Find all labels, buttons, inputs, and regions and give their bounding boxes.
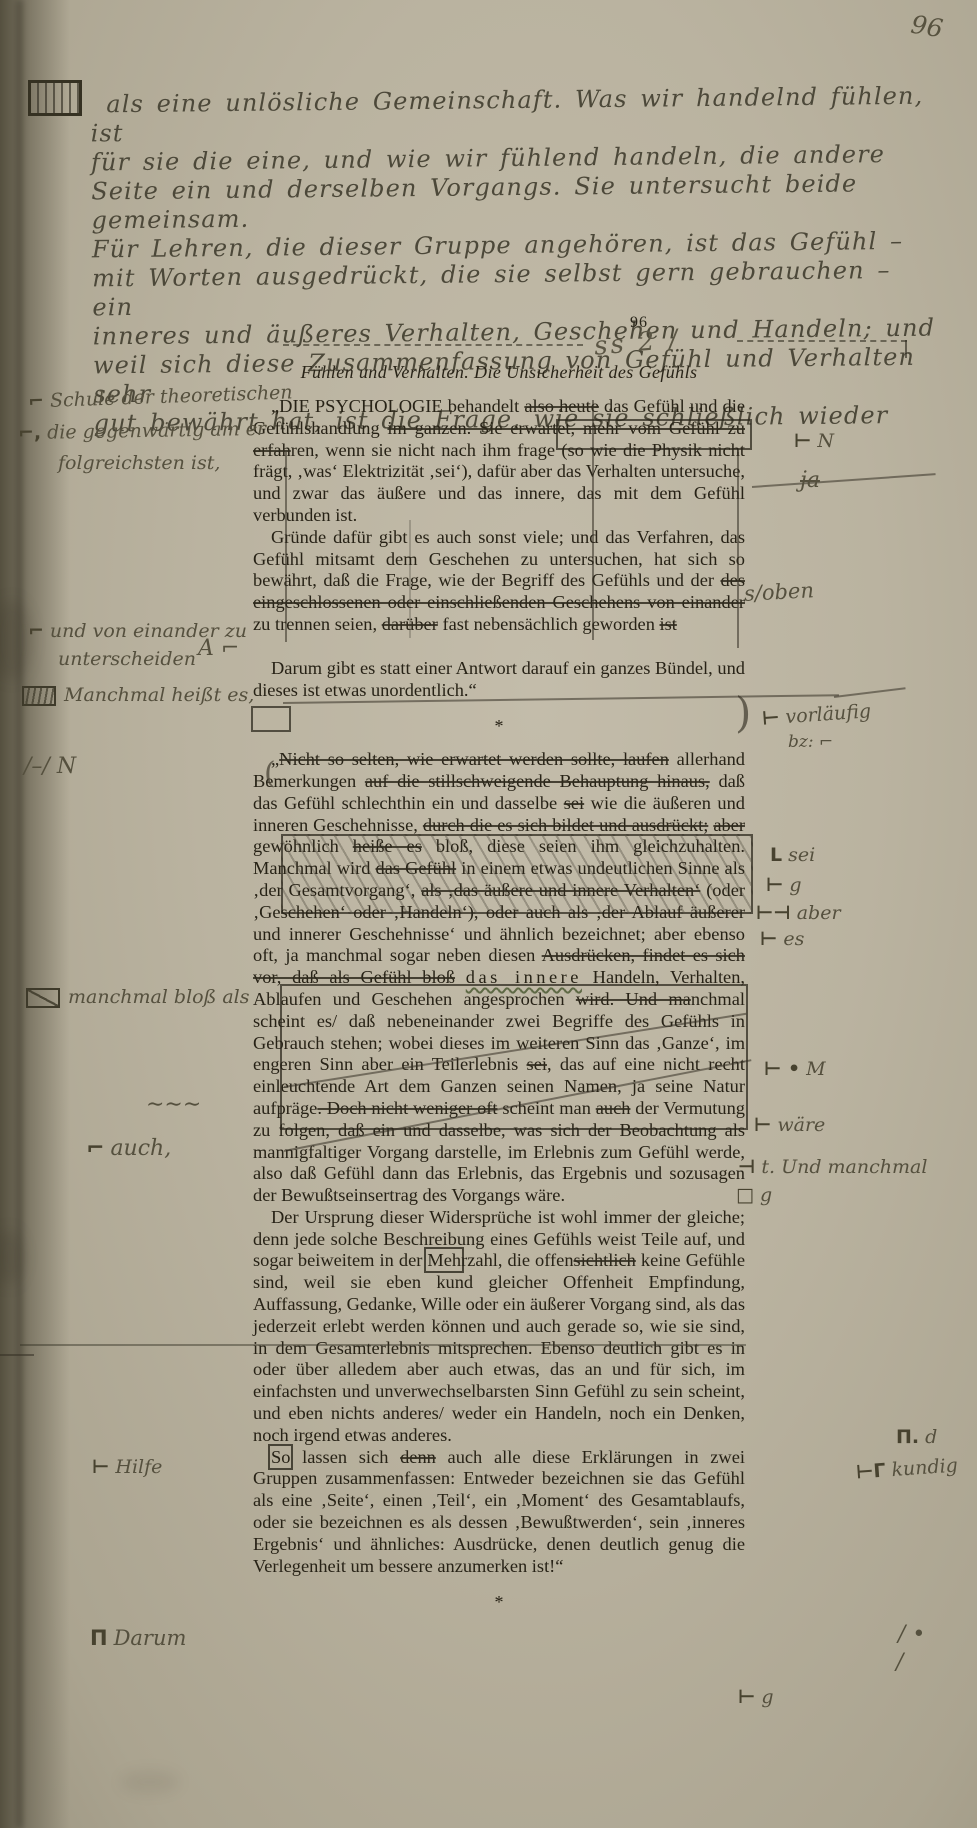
closing-paren-mark: ) — [735, 688, 751, 737]
note-text: ja — [800, 468, 820, 493]
margin-note-left: ΠDarum — [90, 1626, 186, 1650]
margin-note-right: ⊣t. Und manchmal — [738, 1156, 927, 1178]
edit-vertical-line — [737, 452, 739, 648]
note-text: g — [760, 1184, 772, 1206]
margin-note-right: / — [896, 1650, 903, 1675]
note-text: M — [806, 1058, 825, 1080]
margin-note-right: ⊢g — [766, 874, 802, 896]
edited-text: auf die stillschweigende Behauptung hina… — [365, 771, 710, 791]
margin-note-right: s/oben — [743, 578, 814, 606]
margin-note-left: ⌐auch, — [86, 1136, 171, 1161]
edit-mark: Π. — [896, 1426, 919, 1448]
paragraph-6: So lassen sich denn auch alle diese Erkl… — [253, 1447, 745, 1578]
handwritten-line: als eine unlösliche Gemeinschaft. Was wi… — [90, 82, 937, 149]
margin-note-left: Manchmal heißt es, — [22, 684, 254, 706]
margin-note-right: ⊢g — [738, 1686, 774, 1708]
margin-note-left: ⌐,die gegenwärtig am er — [18, 418, 266, 444]
separator-asterisk: * — [253, 1592, 745, 1614]
edited-text: sichtlich — [574, 1250, 636, 1270]
chapter-title: Fühlen und Verhalten. Die Unsicherheit d… — [253, 362, 745, 383]
handwritten-line: Seite ein und derselben Vorgangs. Sie un… — [91, 169, 938, 236]
edit-horizontal-line — [752, 473, 936, 488]
edit-vertical-line — [285, 452, 287, 642]
note-text: Darum — [114, 1626, 187, 1650]
edit-mark: ⊢ — [760, 928, 777, 950]
note-text: kundig — [891, 1454, 959, 1481]
edit-box — [280, 984, 748, 1130]
handwritten-page-number: 96 — [909, 10, 945, 44]
edited-text: So — [271, 1447, 290, 1467]
note-text: sei — [788, 844, 815, 866]
edit-mark: ⌐ — [28, 620, 44, 642]
margin-note-left: unterscheiden — [58, 648, 196, 670]
paragraph-4: „Nicht so selten, wie erwartet werden so… — [253, 749, 745, 1207]
note-text: Manchmal heißt es, — [64, 684, 254, 706]
edit-mark: ⌐ — [28, 390, 45, 413]
margin-note-left: folgreichsten ist, — [58, 452, 220, 474]
note-text: unterscheiden — [58, 648, 196, 670]
note-text: die gegenwärtig am er — [47, 418, 266, 444]
margin-note-right: ⊢ •M — [764, 1058, 826, 1080]
margin-note-right: Π.d — [896, 1426, 937, 1448]
margin-note-right: ⊢es — [760, 928, 804, 950]
note-text: d — [925, 1426, 937, 1448]
note-text: / • — [898, 1622, 925, 1647]
opening-paren-mark: ( — [264, 756, 276, 791]
edit-horizontal-line — [0, 1354, 34, 1356]
margin-note-right: ⊢Γkundig — [855, 1454, 958, 1483]
margin-note-right: ja — [800, 468, 820, 493]
edit-mark: □ — [736, 1184, 754, 1206]
margin-note-left: A ⌐ — [198, 636, 239, 661]
note-text: g — [789, 874, 801, 896]
text-run: Darum gibt es statt einer Antwort darauf… — [253, 658, 745, 700]
text-run: lassen sich — [290, 1447, 400, 1467]
page-crease — [16, 0, 23, 1828]
paper-smudge — [120, 1770, 180, 1794]
edit-mark: ⊢ — [738, 1686, 755, 1708]
note-text: es — [783, 928, 804, 950]
edit-mark: ⌐, — [18, 422, 42, 444]
edit-mark: ⊢ • — [764, 1058, 800, 1080]
note-text: N — [817, 430, 834, 452]
note-text: t. Und manchmal — [761, 1156, 927, 1178]
note-text: s/oben — [743, 578, 814, 606]
edited-text: ist — [659, 614, 676, 634]
edit-vertical-line — [409, 520, 411, 638]
edit-box — [556, 419, 752, 450]
paragraph-2: Darum gibt es statt einer Antwort darauf… — [253, 658, 745, 702]
edit-mark: Π — [90, 1626, 108, 1650]
edit-mark: ⌐ — [86, 1136, 104, 1161]
note-text: g — [761, 1686, 773, 1708]
text-run: ren, wenn sie nicht nach ihm frage (so w… — [253, 440, 745, 525]
note-text: manchmal bloß als — [68, 986, 249, 1008]
margin-note-right: Lsei — [770, 844, 815, 866]
edit-mark: ⊢⊣ — [756, 902, 791, 924]
text-run: „DIE PSYCHOLOGIE behandelt — [271, 396, 524, 416]
edited-text: sei — [564, 793, 584, 813]
edit-mark: ⊢ — [766, 874, 783, 896]
margin-note-right: bz: ⌐ — [788, 732, 833, 752]
note-text: aber — [797, 902, 841, 924]
scanned-manuscript-page: 96 als eine unlösliche Gemeinschaft. Was… — [0, 0, 977, 1828]
hatched-stamp-icon — [28, 80, 82, 116]
dashed-rule-right — [737, 340, 907, 342]
edited-text: durch die es sich bildet und ausdrückt; — [423, 815, 708, 835]
margin-note-right: / • — [898, 1622, 925, 1647]
note-text: wäre — [777, 1114, 825, 1136]
separator-asterisk: * — [253, 716, 745, 738]
margin-note-left: /–/ N — [24, 754, 76, 779]
margin-note-right: ⊢wäre — [754, 1114, 825, 1136]
text-run: Gründe dafür gibt es auch sonst viele; u… — [253, 527, 745, 591]
edit-horizontal-line — [834, 687, 906, 698]
note-text: vorläufig — [785, 700, 872, 728]
rule-hook — [905, 340, 907, 358]
edit-mark: ⊢ — [794, 430, 811, 452]
text-run: fast nebensächlich geworden — [438, 614, 660, 634]
fold-line — [20, 1344, 746, 1346]
note-text: Hilfe — [115, 1456, 162, 1478]
margin-note-right: ⊢vorläufig — [761, 700, 871, 730]
edited-text: Meh — [427, 1250, 461, 1270]
note-text: folgreichsten ist, — [58, 452, 220, 474]
hatched-box-icon — [22, 686, 56, 706]
slashed-box-icon — [26, 988, 60, 1008]
margin-note-right: □g — [736, 1184, 772, 1206]
handwritten-line: mit Worten ausgedrückt, die sie selbst g… — [92, 256, 939, 323]
edit-mark: ⊢ — [92, 1456, 109, 1478]
margin-note-left: ⊢Hilfe — [92, 1456, 162, 1478]
edit-box — [251, 706, 291, 732]
edit-mark: ⊣ — [738, 1156, 755, 1178]
paragraph-5: Der Ursprung dieser Widersprüche ist woh… — [253, 1207, 745, 1447]
text-run: rzahl, die offen — [461, 1250, 573, 1270]
note-text: A ⌐ — [198, 636, 239, 661]
margin-note-left: ∼∼∼ — [146, 1092, 201, 1117]
dashed-rule-left — [283, 344, 583, 346]
text-run: zu trennen seien, — [253, 614, 382, 634]
edit-mark: L — [770, 844, 782, 866]
text-run: keine Gefühle sind, weil sie eben kund g… — [253, 1250, 745, 1444]
paragraph-0: „DIE PSYCHOLOGIE behandelt also heute da… — [253, 396, 745, 527]
note-text: auch, — [110, 1136, 171, 1161]
edit-mark: ⊢ — [761, 707, 780, 730]
note-text: /–/ N — [24, 754, 76, 779]
edited-text: also heute — [524, 396, 599, 416]
edit-box-hatched — [281, 834, 753, 914]
edit-mark: ⊢ — [754, 1114, 771, 1136]
paragraph-1: Gründe dafür gibt es auch sonst viele; u… — [253, 527, 745, 636]
margin-note-right: ⊢N — [794, 430, 834, 452]
edited-text: aber — [713, 815, 745, 835]
note-text: / — [896, 1650, 903, 1675]
margin-note-left: manchmal bloß als — [26, 986, 249, 1008]
book-gutter-shadow — [0, 0, 70, 1828]
margin-note-right: ⊢⊣aber — [756, 902, 841, 924]
note-text: ∼∼∼ — [146, 1092, 201, 1117]
edited-text: denn — [400, 1447, 436, 1467]
note-text: bz: ⌐ — [788, 732, 833, 752]
edited-text: Nicht so selten, wie erwartet werden sol… — [279, 749, 669, 769]
edit-mark: ⊢Γ — [855, 1460, 886, 1484]
